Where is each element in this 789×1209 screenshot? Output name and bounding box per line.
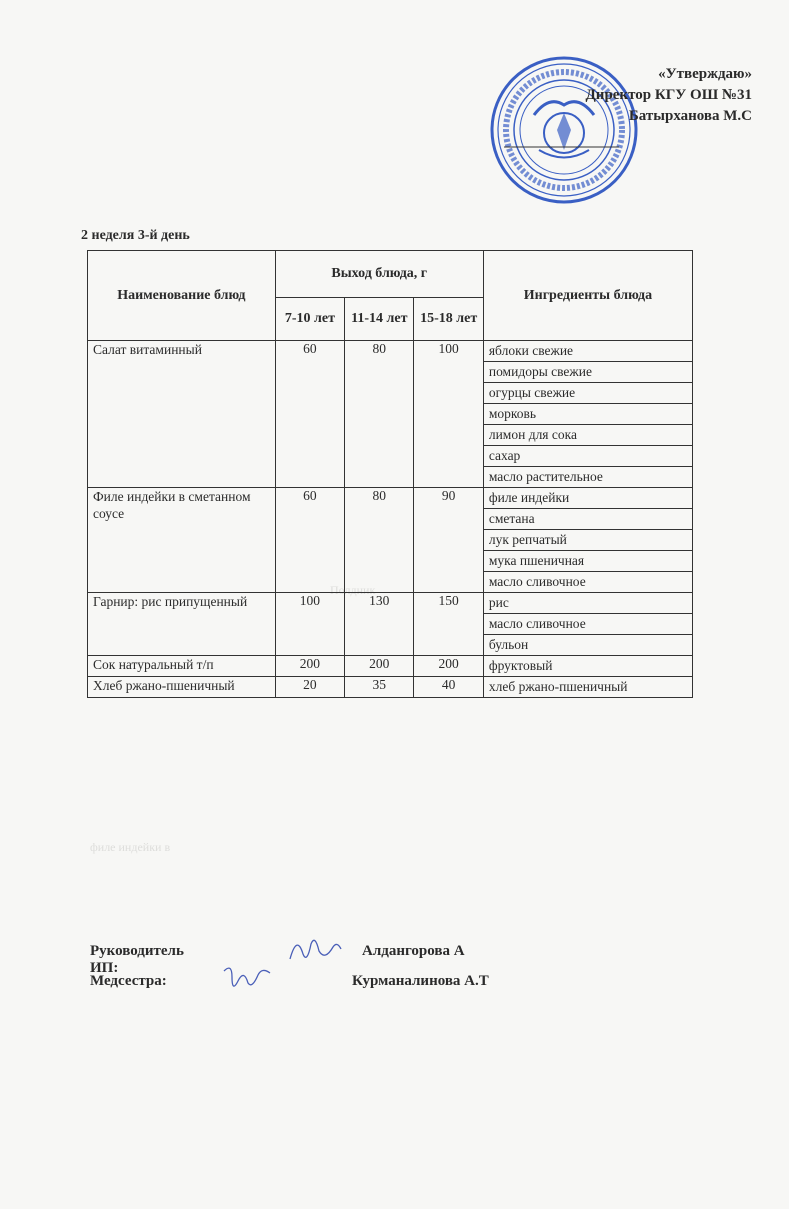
dish-name: Сок натуральный т/п [88, 656, 276, 677]
ingredient: масло растительное [483, 467, 692, 488]
ingredient: масло сливочное [483, 572, 692, 593]
dish-yield: 100 [414, 341, 483, 488]
approval-title: «Утверждаю» [585, 64, 752, 85]
ingredient: яблоки свежие [483, 341, 692, 362]
ingredient: сахар [483, 446, 692, 467]
handwritten-signature-icon [218, 959, 278, 999]
dish-yield: 20 [275, 677, 344, 698]
approval-position: Директор КГУ ОШ №31 [585, 85, 752, 106]
ingredient: мука пшеничная [483, 551, 692, 572]
ingredient: лимон для сока [483, 425, 692, 446]
dish-name: Салат витаминный [88, 341, 276, 488]
dish-yield: 90 [414, 488, 483, 593]
dish-yield: 200 [345, 656, 414, 677]
dish-yield: 60 [275, 341, 344, 488]
dish-yield: 130 [345, 593, 414, 656]
dish-name: Филе индейки в сметанном соусе [88, 488, 276, 593]
menu-table: Наименование блюд Выход блюда, г Ингреди… [87, 250, 693, 698]
dish-yield: 200 [414, 656, 483, 677]
signature-name: Курманалинова А.Т [352, 973, 489, 990]
header-dish-name: Наименование блюд [88, 251, 276, 341]
ingredient: рис [483, 593, 692, 614]
dish-yield: 150 [414, 593, 483, 656]
ingredient: хлеб ржано-пшеничный [483, 677, 692, 698]
table-row: Хлеб ржано-пшеничный203540хлеб ржано-пше… [88, 677, 693, 698]
bleed-through-text: филе индейки в [90, 840, 170, 855]
signature-role: Медсестра: [90, 973, 167, 990]
ingredient: сметана [483, 509, 692, 530]
table-row: Салат витаминный6080100яблоки свежие [88, 341, 693, 362]
header-age-15-18: 15-18 лет [414, 298, 483, 341]
approval-block: «Утверждаю» Директор КГУ ОШ №31 Батырхан… [585, 64, 752, 127]
table-row: Сок натуральный т/п200200200фруктовый [88, 656, 693, 677]
ingredient: бульон [483, 635, 692, 656]
ingredient: лук репчатый [483, 530, 692, 551]
dish-yield: 80 [345, 488, 414, 593]
ingredient: огурцы свежие [483, 383, 692, 404]
ingredient: фруктовый [483, 656, 692, 677]
handwritten-signature-icon [285, 929, 345, 969]
ingredient: филе индейки [483, 488, 692, 509]
ingredient: морковь [483, 404, 692, 425]
header-yield: Выход блюда, г [275, 251, 483, 298]
dish-name: Гарнир: рис припущенный [88, 593, 276, 656]
ingredient: масло сливочное [483, 614, 692, 635]
approval-name: Батырханова М.С [585, 106, 752, 127]
signature-role: Руководитель ИП: [90, 943, 184, 977]
day-title: 2 неделя 3-й день [81, 228, 190, 244]
dish-name: Хлеб ржано-пшеничный [88, 677, 276, 698]
header-age-11-14: 11-14 лет [345, 298, 414, 341]
ingredient: помидоры свежие [483, 362, 692, 383]
dish-yield: 40 [414, 677, 483, 698]
header-ingredients: Ингредиенты блюда [483, 251, 692, 341]
dish-yield: 200 [275, 656, 344, 677]
dish-yield: 80 [345, 341, 414, 488]
dish-yield: 60 [275, 488, 344, 593]
table-row: Гарнир: рис припущенный100130150рис [88, 593, 693, 614]
dish-yield: 100 [275, 593, 344, 656]
table-row: Филе индейки в сметанном соусе608090филе… [88, 488, 693, 509]
header-age-7-10: 7-10 лет [275, 298, 344, 341]
signature-name: Алдангорова А [362, 943, 465, 960]
dish-yield: 35 [345, 677, 414, 698]
